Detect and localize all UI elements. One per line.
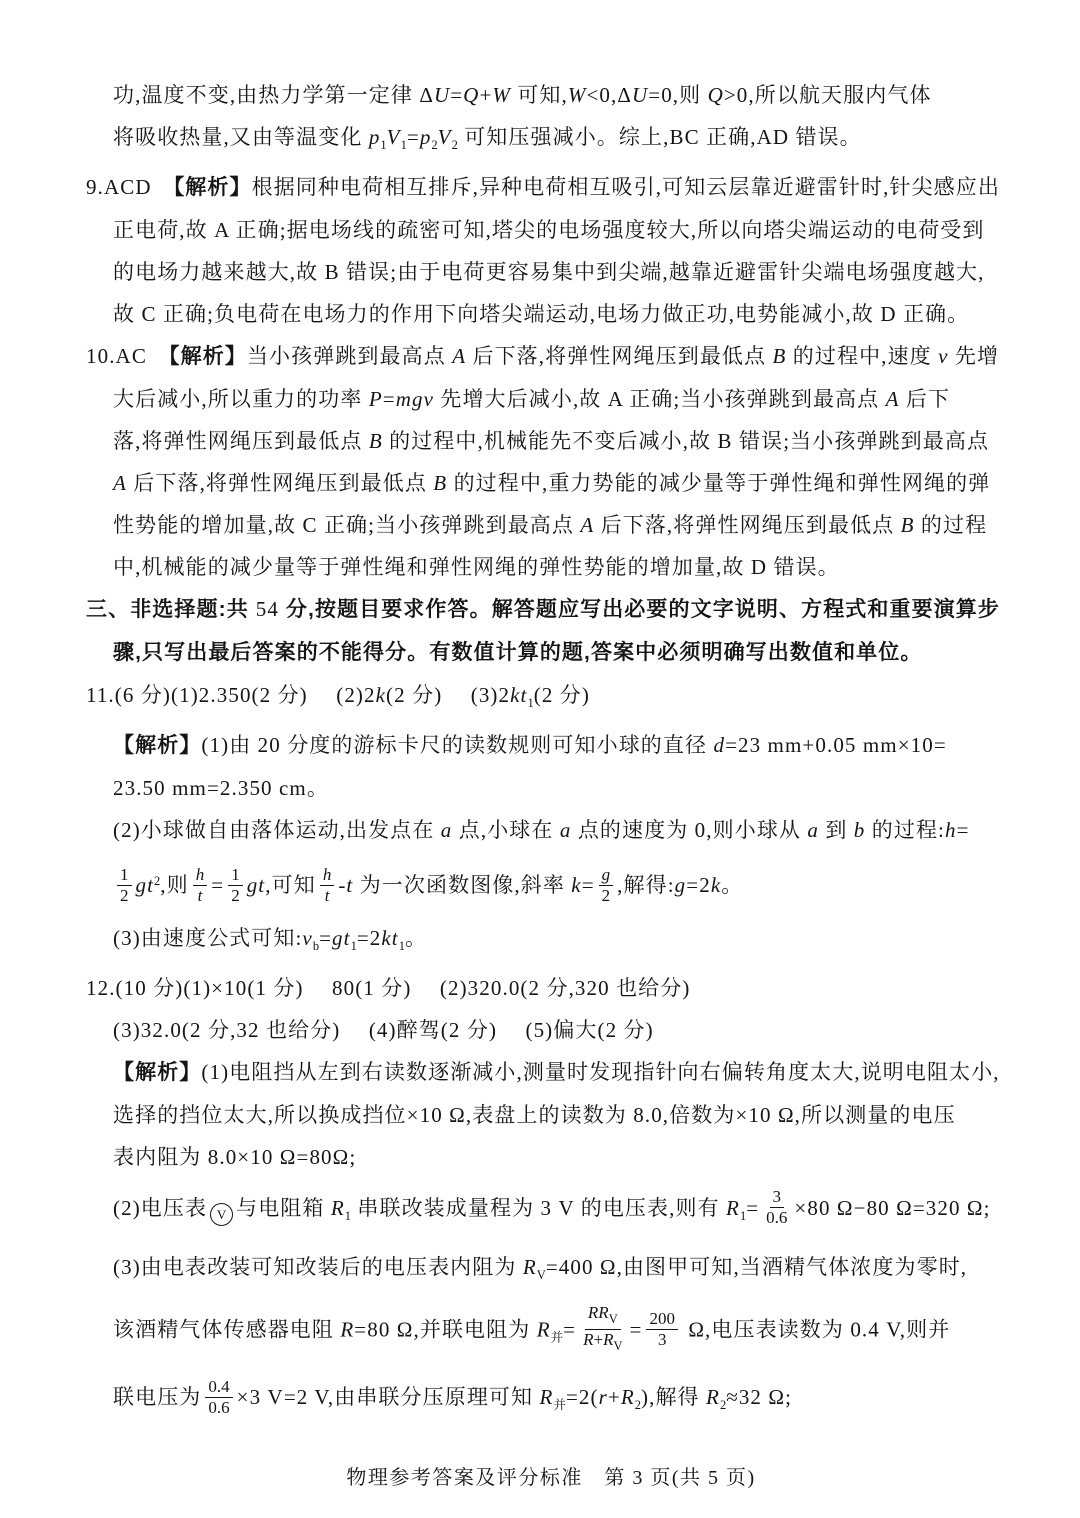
text-run: (2)小球做自由落体运动,出发点在 [113,818,441,842]
fraction-denominator: t [195,886,206,906]
math-variable: B [433,471,447,495]
text-run: 0.4 [208,1377,229,1396]
text-run: 9.ACD [86,175,174,199]
fraction-numerator: h [193,865,208,886]
text-run: = [319,926,332,950]
text-line-2: 将吸收热量,又由等温变化 p1V1=p2V2 可知压强减小。综上,BC 正确,A… [86,116,1016,166]
math-variable: gt [332,926,351,950]
text-run: 2 [231,886,240,905]
text-line-22: (3)32.0(2 分,32 也给分) (4)醉驾(2 分) (5)偏大(2 分… [86,1009,1016,1051]
text-run: 为一次函数图像,斜率 [353,873,571,897]
math-variable: A [580,513,594,537]
math-fraction: 12 [228,865,243,906]
text-run: + [479,83,492,107]
text-run: 1 [120,865,129,884]
math-variable: R [583,1330,593,1349]
math-variable: V [387,125,401,149]
text-run: 的过程: [865,818,945,842]
text-run: ×80 Ω−80 Ω=320 Ω; [794,1196,990,1220]
page-footer: 物理参考答案及评分标准 第 3 页(共 5 页) [86,1461,1016,1490]
math-subscript: V [609,1312,618,1326]
text-run: 。 [405,926,427,950]
text-run: 2 [120,886,129,905]
bold-text-run: 【解析】 [174,176,252,199]
text-run: ,可知 [265,873,316,897]
text-run: 功,温度不变,由热力学第一定律 Δ [113,83,434,107]
document-body: 功,温度不变,由热力学第一定律 ΔU=Q+W 可知,W<0,ΔU=0,则 Q>0… [86,74,1016,1435]
text-run: 将吸收热量,又由等温变化 [113,125,369,149]
math-variable: k [376,683,386,707]
text-run: ),解得 [641,1385,706,1409]
fraction-denominator: 0.6 [205,1398,232,1418]
text-run: 先增大后减小,故 A 正确;当小孩弹跳到最高点 [434,387,886,411]
text-line-18: (2)小球做自由落体运动,出发点在 a 点,小球在 a 点的速度为 0,则小球从… [86,809,1016,851]
text-run: 。 [721,873,743,897]
text-run: 与电阻箱 [236,1196,331,1220]
math-variable: b [854,818,866,842]
text-run: (1)电阻挡从左到右读数逐渐减小,测量时发现指针向右偏转角度太大,说明电阻太小, [201,1060,999,1084]
math-fraction: ht [193,865,208,906]
math-variable: V [438,125,452,149]
text-run: 可知压强减小。综上,BC 正确,AD 错误。 [458,125,862,149]
math-variable: p [369,125,381,149]
text-run: = [630,1317,643,1341]
fraction-numerator: 1 [117,865,132,886]
text-run: =400 Ω,由图甲可知,当酒精气体浓度为零时, [546,1255,967,1279]
text-line-21: 12.(10 分)(1)×10(1 分) 80(1 分) (2)320.0(2 … [86,967,1016,1009]
text-run: (2 分) [534,683,590,707]
math-variable: gt [136,873,155,897]
math-variable: Q [463,83,479,107]
math-variable: h [323,865,332,884]
math-variable: P [369,387,383,411]
text-line-10: A 后下落,将弹性网绳压到最低点 B 的过程中,重力势能的减少量等于弹性绳和弹性… [86,462,1016,504]
text-run: (1)由 20 分度的游标卡尺的读数规则可知小球的直径 [201,733,713,757]
math-variable: g [675,873,687,897]
text-run: ,则 [160,873,188,897]
text-run: + [594,1330,604,1349]
text-line-4: 正电荷,故 A 正确;据电场线的疏密可知,塔尖的电场强度较大,所以向塔尖端运动的… [86,209,1016,251]
text-run: 串联改装成量程为 3 V 的电压表,则有 [351,1196,726,1220]
text-run: =0,则 [648,83,707,107]
text-line-3: 9.ACD 【解析】根据同种电荷相互排斥,异种电荷相互吸引,可知云层靠近避雷针时… [86,166,1016,209]
math-variable: A [113,471,127,495]
math-variable: h [945,818,957,842]
bold-text-run: 【解析】 [113,1061,201,1084]
fraction-denominator: 2 [599,886,614,906]
math-variable: R [340,1317,354,1341]
math-variable: A [452,344,466,368]
text-run: ≈32 Ω; [726,1385,792,1409]
bold-text-run: 【解析】 [113,734,201,757]
text-line-14: 骤,只写出最后答案的不能得分。有数值计算的题,答案中必须明确写出数值和单位。 [86,631,1016,674]
math-fraction: g2 [599,865,614,906]
text-line-19: 12gt2,则ht=12gt,可知ht-t 为一次函数图像,斜率 k=g2,解得… [86,851,1016,917]
text-run: 故 C 正确;负电荷在电场力的作用下向塔尖端运动,电场力做正功,电势能减小,故 … [113,302,969,326]
text-run: (2)电压表 [113,1196,207,1220]
text-run: 0.6 [208,1398,229,1417]
fraction-denominator: t [322,886,333,906]
text-run: 当小孩弹跳到最高点 [247,344,452,368]
text-run: 后下 [900,387,951,411]
text-run: = [563,1317,576,1341]
math-variable: t [325,886,330,905]
math-variable: h [196,865,205,884]
math-variable: R [706,1385,720,1409]
text-run: 选择的挡位太大,所以换成挡位×10 Ω,表盘上的读数为 8.0,倍数为×10 Ω… [113,1103,956,1127]
bold-text-run: 【解析】 [169,345,247,368]
bold-text-run: 骤,只写出最后答案的不能得分。有数值计算的题,答案中必须明确写出数值和单位。 [113,641,922,664]
text-run: (3)由速度公式可知: [113,926,302,950]
text-line-20: (3)由速度公式可知:vb=gt1=2kt1。 [86,917,1016,967]
voltmeter-symbol-icon: V [210,1203,233,1226]
text-run: 12.(10 分)(1)×10(1 分) 80(1 分) (2)320.0(2 … [86,976,690,1000]
text-run: Ω,电压表读数为 0.4 V,则并 [682,1317,950,1341]
math-variable: R [331,1196,345,1220]
math-variable: mgv [396,387,434,411]
math-subscript: 并 [553,1398,566,1412]
text-run: ×3 V=2 V,由串联分压原理可知 [237,1385,540,1409]
text-run: 点,小球在 [452,818,559,842]
text-run: 联电压为 [113,1385,201,1409]
text-line-7: 10.AC 【解析】当小孩弹跳到最高点 A 后下落,将弹性网绳压到最低点 B 的… [86,335,1016,378]
fraction-numerator: 0.4 [205,1377,232,1398]
text-run: 表内阻为 8.0×10 Ω=80Ω; [113,1145,356,1169]
fraction-numerator: g [599,865,614,886]
text-run: (3)由电表改装可知改装后的电压表内阻为 [113,1255,523,1279]
math-variable: R [726,1196,740,1220]
text-line-23: 【解析】(1)电阻挡从左到右读数逐渐减小,测量时发现指针向右偏转角度太大,说明电… [86,1051,1016,1094]
math-fraction: RRVR+RV [580,1303,625,1356]
text-run: 3 [658,1330,667,1349]
math-variable: R [537,1317,551,1341]
math-variable: U [434,83,450,107]
text-line-13: 三、非选择题:共 54 分,按题目要求作答。解答题应写出必要的文字说明、方程式和… [86,588,1016,631]
text-line-17: 23.50 mm=2.350 cm。 [86,767,1016,809]
text-run: 到 [819,818,854,842]
text-run: =23 mm+0.05 mm×10= [725,733,947,757]
math-variable: g [602,865,611,884]
fraction-denominator: 3 [655,1330,670,1350]
math-fraction: 30.6 [763,1187,790,1228]
text-run: 后下落,将弹性网绳压到最低点 [594,513,900,537]
text-run: = [450,83,463,107]
math-subscript: 并 [551,1330,564,1344]
text-run: 10.AC [86,344,169,368]
text-run: 2 [602,886,611,905]
math-variable: R [540,1385,554,1409]
math-variable: U [632,83,648,107]
text-run: (3)32.0(2 分,32 也给分) (4)醉驾(2 分) (5)偏大(2 分… [113,1018,654,1042]
bold-text-run: 三、非选择题:共 [86,598,256,621]
fraction-denominator: 0.6 [763,1208,790,1228]
fraction-numerator: 200 [646,1309,678,1330]
text-line-26: (2)电压表V与电阻箱 R1 串联改装成量程为 3 V 的电压表,则有 R1=3… [86,1178,1016,1246]
math-variable: W [492,83,511,107]
text-run: 后下落,将弹性网绳压到最低点 [127,471,433,495]
math-variable: A [886,387,900,411]
math-variable: gt [247,873,266,897]
text-run: 23.50 mm=2.350 cm。 [113,776,329,800]
text-line-8: 大后减小,所以重力的功率 P=mgv 先增大后减小,故 A 正确;当小孩弹跳到最… [86,378,1016,420]
text-line-24: 选择的挡位太大,所以换成挡位×10 Ω,表盘上的读数为 8.0,倍数为×10 Ω… [86,1094,1016,1136]
text-line-12: 中,机械能的减少量等于弹性绳和弹性网绳的弹性势能的增加量,故 D 错误。 [86,546,1016,588]
text-line-28: 该酒精气体传感器电阻 R=80 Ω,并联电阻为 R并=RRVR+RV=2003 … [86,1296,1016,1367]
fraction-denominator: R+RV [580,1330,625,1356]
text-run: =80 Ω,并联电阻为 [354,1317,536,1341]
math-variable: a [560,818,572,842]
text-run: 大后减小,所以重力的功率 [113,387,369,411]
math-variable: t [198,886,203,905]
text-run: + [608,1385,621,1409]
text-run: 的过程中,机械能先不变后减小,故 B 错误;当小孩弹跳到最高点 [383,429,989,453]
text-run: = [383,387,396,411]
math-variable: v [302,926,312,950]
text-line-9: 落,将弹性网绳压到最低点 B 的过程中,机械能先不变后减小,故 B 错误;当小孩… [86,420,1016,462]
text-run: ,解得: [617,873,674,897]
text-run: 的过程中,重力势能的减少量等于弹性绳和弹性网绳的弹 [447,471,990,495]
math-variable: RR [588,1303,609,1322]
answer-sheet-page: 功,温度不变,由热力学第一定律 ΔU=Q+W 可知,W<0,ΔU=0,则 Q>0… [0,0,1080,1490]
math-variable: kt [381,926,398,950]
text-run: >0,所以航天服内气体 [724,83,932,107]
math-variable: W [568,83,587,107]
math-subscript: V [613,1339,622,1353]
math-variable: B [901,513,915,537]
text-line-11: 性势能的增加量,故 C 正确;当小孩弹跳到最高点 A 后下落,将弹性网绳压到最低… [86,504,1016,546]
math-variable: Q [708,83,724,107]
math-variable: r [599,1385,608,1409]
text-run: =2 [686,873,711,897]
math-variable: v [938,344,948,368]
text-run: 后下落,将弹性网绳压到最低点 [466,344,772,368]
fraction-numerator: h [320,865,335,886]
text-line-15: 11.(6 分)(1)2.350(2 分) (2)2k(2 分) (3)2kt1… [86,674,1016,724]
math-fraction: 0.40.6 [205,1377,232,1418]
text-run: 的过程 [915,513,988,537]
math-subscript: V [537,1268,546,1282]
text-run: 0.6 [766,1208,787,1227]
text-run: 点的速度为 0,则小球从 [571,818,807,842]
text-run: 54 [256,597,279,621]
text-run: = [746,1196,759,1220]
text-run: = [582,873,595,897]
text-run: 根据同种电荷相互排斥,异种电荷相互吸引,可知云层靠近避雷针时,针尖感应出 [252,175,1000,199]
math-fraction: ht [320,865,335,906]
math-variable: k [711,873,721,897]
math-fraction: 12 [117,865,132,906]
text-run: =2 [357,926,382,950]
text-line-16: 【解析】(1)由 20 分度的游标卡尺的读数规则可知小球的直径 d=23 mm+… [86,724,1016,767]
text-run: 3 [773,1187,782,1206]
text-run: 落,将弹性网绳压到最低点 [113,429,369,453]
math-variable: d [713,733,725,757]
text-line-27: (3)由电表改装可知改装后的电压表内阻为 RV=400 Ω,由图甲可知,当酒精气… [86,1246,1016,1296]
fraction-numerator: 3 [770,1187,785,1208]
fraction-numerator: RRV [585,1303,621,1330]
text-run: 性势能的增加量,故 C 正确;当小孩弹跳到最高点 [113,513,580,537]
text-run: = [211,873,224,897]
fraction-numerator: 1 [228,865,243,886]
text-run: 的过程中,速度 [786,344,938,368]
math-variable: a [807,818,819,842]
math-variable: B [772,344,786,368]
bold-text-run: 分,按题目要求作答。解答题应写出必要的文字说明、方程式和重要演算步 [279,598,1000,621]
text-line-6: 故 C 正确;负电荷在电场力的作用下向塔尖端运动,电场力做正功,电势能减小,故 … [86,293,1016,335]
text-line-25: 表内阻为 8.0×10 Ω=80Ω; [86,1136,1016,1178]
text-line-1: 功,温度不变,由热力学第一定律 ΔU=Q+W 可知,W<0,ΔU=0,则 Q>0… [86,74,1016,116]
text-run: = [957,818,970,842]
text-run: 1 [231,865,240,884]
text-run: =2( [566,1385,599,1409]
math-variable: a [441,818,453,842]
math-variable: k [571,873,581,897]
text-line-5: 的电场力越来越大,故 B 错误;由于电荷更容易集中到尖端,越靠近避雷针尖端电场强… [86,251,1016,293]
text-run: 的电场力越来越大,故 B 错误;由于电荷更容易集中到尖端,越靠近避雷针尖端电场强… [113,260,985,284]
math-variable: R [621,1385,635,1409]
text-line-29: 联电压为0.40.6×3 V=2 V,由串联分压原理可知 R并=2(r+R2),… [86,1367,1016,1435]
text-run: 该酒精气体传感器电阻 [113,1317,340,1341]
text-run: 正电荷,故 A 正确;据电场线的疏密可知,塔尖的电场强度较大,所以向塔尖端运动的… [113,218,985,242]
fraction-denominator: 2 [228,886,243,906]
text-run: 11.(6 分)(1)2.350(2 分) (2)2 [86,683,376,707]
math-variable: kt [510,683,527,707]
text-run: 中,机械能的减少量等于弹性绳和弹性网绳的弹性势能的增加量,故 D 错误。 [113,555,840,579]
text-run: (2 分) (3)2 [386,683,510,707]
text-run: 先增 [949,344,1000,368]
math-variable: R [603,1330,613,1349]
math-fraction: 2003 [646,1309,678,1350]
text-run: = [407,125,420,149]
text-run: <0,Δ [586,83,632,107]
math-variable: p [420,125,432,149]
math-variable: R [523,1255,537,1279]
fraction-denominator: 2 [117,886,132,906]
math-variable: B [369,429,383,453]
text-run: 200 [649,1309,675,1328]
text-run: 可知, [511,83,568,107]
